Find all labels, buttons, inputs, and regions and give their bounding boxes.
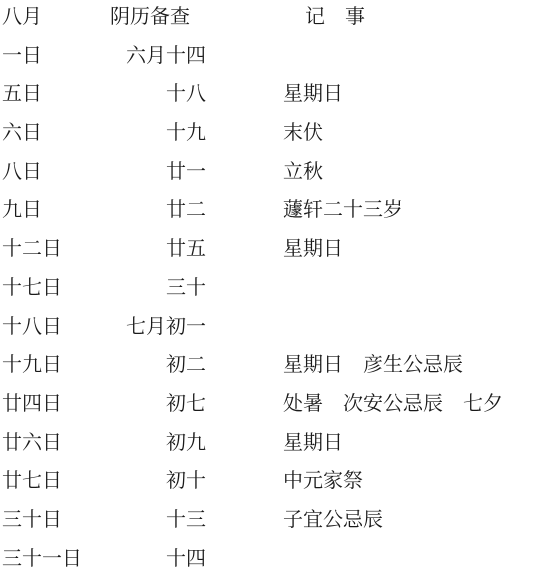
lunar-date: 七月初一: [110, 316, 206, 336]
solar-date: 三十一日: [2, 548, 82, 568]
table-row: 廿四日 初七 处暑 次安公忌辰 七夕: [0, 393, 552, 432]
table-row: 五日 十八 星期日: [0, 83, 552, 122]
lunar-date: 初七: [110, 393, 206, 413]
table-row: 十二日 廿五 星期日: [0, 238, 552, 277]
table-row: 六日 十九 末伏: [0, 122, 552, 161]
lunar-date: 十九: [110, 122, 206, 142]
lunar-date: 十四: [110, 548, 206, 568]
solar-date: 八日: [2, 161, 42, 181]
note: 立秋: [283, 161, 323, 181]
note: 子宜公忌辰: [283, 509, 383, 529]
note: 星期日: [283, 238, 343, 258]
note: 中元家祭: [283, 470, 363, 490]
lunar-date: 廿五: [110, 238, 206, 258]
table-row: 九日 廿二 蘧轩二十三岁: [0, 199, 552, 238]
lunar-date: 初二: [110, 354, 206, 374]
table-row: 三十一日 十四: [0, 548, 552, 587]
table-row: 十九日 初二 星期日 彦生公忌辰: [0, 354, 552, 393]
solar-date: 廿六日: [2, 432, 62, 452]
solar-date: 十八日: [2, 316, 62, 336]
header-notes: 记 事: [305, 6, 365, 26]
note: 星期日 彦生公忌辰: [283, 354, 463, 374]
solar-date: 廿七日: [2, 470, 62, 490]
table-row: 廿六日 初九 星期日: [0, 432, 552, 471]
lunar-date: 三十: [110, 277, 206, 297]
solar-date: 十九日: [2, 354, 62, 374]
table-header: 八月 阴历备查 记 事: [0, 6, 552, 45]
header-lunar-reference: 阴历备查: [110, 6, 206, 26]
lunar-date: 十八: [110, 83, 206, 103]
solar-date: 三十日: [2, 509, 62, 529]
note: 星期日: [283, 432, 343, 452]
solar-date: 十七日: [2, 277, 62, 297]
table-row: 一日 六月十四: [0, 45, 552, 84]
table-row: 廿七日 初十 中元家祭: [0, 470, 552, 509]
solar-date: 廿四日: [2, 393, 62, 413]
lunar-date: 初九: [110, 432, 206, 452]
lunar-date: 六月十四: [110, 45, 206, 65]
solar-date: 五日: [2, 83, 42, 103]
note: 星期日: [283, 83, 343, 103]
table-row: 三十日 十三 子宜公忌辰: [0, 509, 552, 548]
table-row: 八日 廿一 立秋: [0, 161, 552, 200]
solar-date: 十二日: [2, 238, 62, 258]
note: 蘧轩二十三岁: [283, 199, 403, 219]
solar-date: 六日: [2, 122, 42, 142]
calendar-table: 八月 阴历备查 记 事 一日 六月十四 五日 十八 星期日 六日 十九 末伏 八…: [0, 0, 552, 586]
table-row: 十七日 三十: [0, 277, 552, 316]
solar-date: 九日: [2, 199, 42, 219]
solar-date: 一日: [2, 45, 42, 65]
note: 末伏: [283, 122, 323, 142]
lunar-date: 廿二: [110, 199, 206, 219]
lunar-date: 初十: [110, 470, 206, 490]
lunar-date: 十三: [110, 509, 206, 529]
note: 处暑 次安公忌辰 七夕: [283, 393, 503, 413]
header-solar-month: 八月: [2, 6, 42, 26]
lunar-date: 廿一: [110, 161, 206, 181]
table-row: 十八日 七月初一: [0, 316, 552, 355]
